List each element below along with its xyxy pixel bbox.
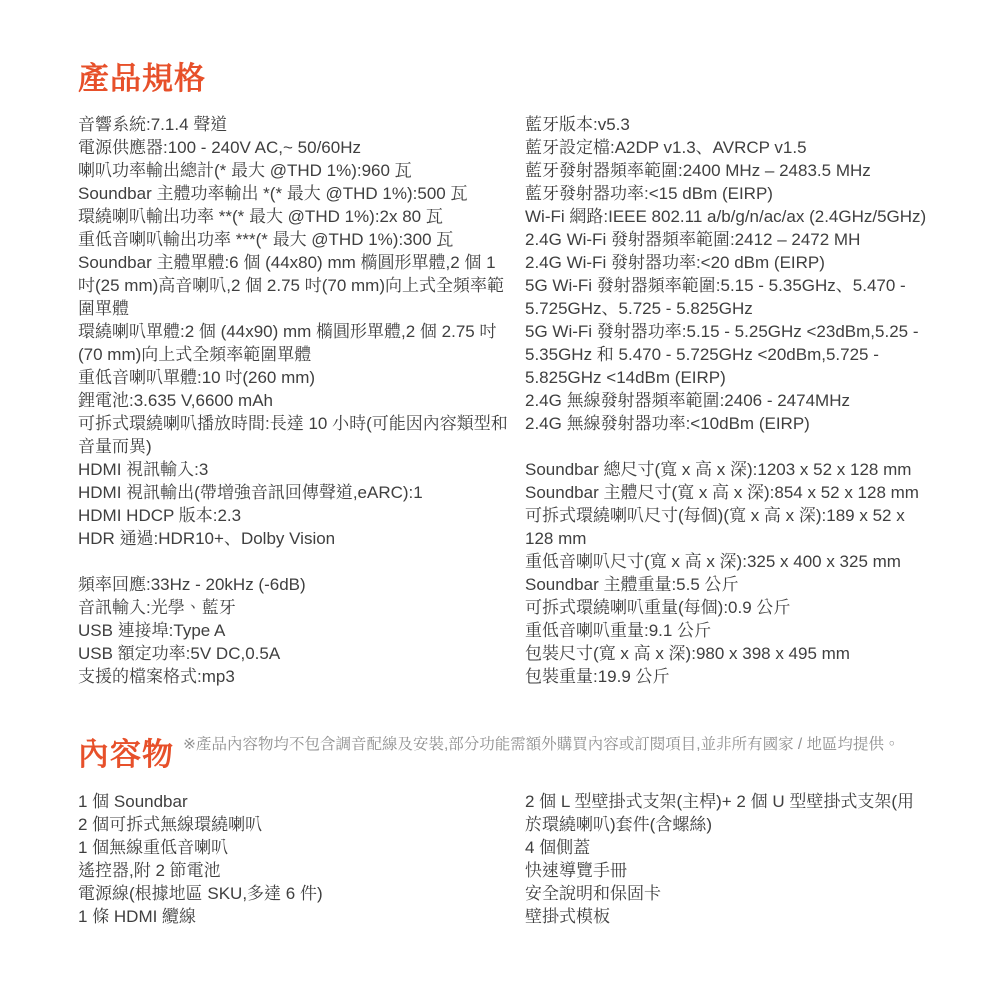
spec-line: 音響系統:7.1.4 聲道 [78,113,525,136]
spec-line: 重低音喇叭單體:10 吋(260 mm) [78,366,525,389]
spec-line: 2.4G 無線發射器功率:<10dBm (EIRP) [525,412,942,435]
spec-line: 2.4G 無線發射器頻率範圍:2406 - 2474MHz [525,389,942,412]
spec-line: 包裝重量:19.9 公斤 [525,665,942,688]
contents-section-title: 內容物 [78,736,174,774]
spec-group: 藍牙版本:v5.3藍牙設定檔:A2DP v1.3、AVRCP v1.5藍牙發射器… [525,113,942,435]
spec-line: HDMI 視訊輸出(帶增強音訊回傳聲道,eARC):1 [78,481,525,504]
spec-line: USB 連接埠:Type A [78,619,525,642]
package-contents-section: 內容物 ※產品內容物均不包含調音配線及安裝,部分功能需額外購買內容或訂閱項目,並… [78,719,942,928]
spec-line: 2 個可拆式無線環繞喇叭 [78,813,525,836]
spec-line: Soundbar 主體尺寸(寬 x 高 x 深):854 x 52 x 128 … [525,481,942,504]
spec-line: 1 個 Soundbar [78,790,525,813]
spec-line: 藍牙發射器功率:<15 dBm (EIRP) [525,182,942,205]
spec-line: HDMI 視訊輸入:3 [78,458,525,481]
spec-line: HDMI HDCP 版本:2.3 [78,504,525,527]
spec-line: Soundbar 主體功率輸出 *(* 最大 @THD 1%):500 瓦 [78,182,525,205]
spec-line: Soundbar 主體單體:6 個 (44x80) mm 橢圓形單體,2 個 1… [78,251,525,320]
spec-line: 喇叭功率輸出總計(* 最大 @THD 1%):960 瓦 [78,159,525,182]
spec-line: 1 條 HDMI 纜線 [78,905,525,928]
spec-line: USB 額定功率:5V DC,0.5A [78,642,525,665]
spec-line: 2.4G Wi-Fi 發射器頻率範圍:2412 – 2472 MH [525,228,942,251]
spec-line: 遙控器,附 2 節電池 [78,859,525,882]
spec-line: 鋰電池:3.635 V,6600 mAh [78,389,525,412]
spec-line: 4 個側蓋 [525,836,942,859]
specs-right-column: 藍牙版本:v5.3藍牙設定檔:A2DP v1.3、AVRCP v1.5藍牙發射器… [525,113,942,688]
product-spec-page: 產品規格 音響系統:7.1.4 聲道電源供應器:100 - 240V AC,~ … [0,0,1000,1000]
spec-line: 可拆式環繞喇叭尺寸(每個)(寬 x 高 x 深):189 x 52 x 128 … [525,504,942,550]
spec-group: 頻率回應:33Hz - 20kHz (-6dB)音訊輸入:光學、藍牙USB 連接… [78,573,525,688]
spec-line: 壁掛式模板 [525,905,942,928]
specs-columns: 音響系統:7.1.4 聲道電源供應器:100 - 240V AC,~ 50/60… [78,113,942,688]
specs-section-title: 產品規格 [78,60,942,98]
spec-line: 藍牙版本:v5.3 [525,113,942,136]
spec-line: 藍牙設定檔:A2DP v1.3、AVRCP v1.5 [525,136,942,159]
spec-line: 支援的檔案格式:mp3 [78,665,525,688]
spec-line: 5G Wi-Fi 發射器功率:5.15 - 5.25GHz <23dBm,5.2… [525,320,942,389]
contents-header: 內容物 ※產品內容物均不包含調音配線及安裝,部分功能需額外購買內容或訂閱項目,並… [78,719,942,774]
spec-line: 頻率回應:33Hz - 20kHz (-6dB) [78,573,525,596]
contents-columns: 1 個 Soundbar2 個可拆式無線環繞喇叭1 個無線重低音喇叭遙控器,附 … [78,790,942,928]
spec-line: 快速導覽手冊 [525,859,942,882]
spec-line: 重低音喇叭尺寸(寬 x 高 x 深):325 x 400 x 325 mm [525,550,942,573]
contents-right-column: 2 個 L 型壁掛式支架(主桿)+ 2 個 U 型壁掛式支架(用於環繞喇叭)套件… [525,790,942,928]
spec-line: Wi-Fi 網路:IEEE 802.11 a/b/g/n/ac/ax (2.4G… [525,205,942,228]
spec-line: 重低音喇叭重量:9.1 公斤 [525,619,942,642]
contents-left-column: 1 個 Soundbar2 個可拆式無線環繞喇叭1 個無線重低音喇叭遙控器,附 … [78,790,525,928]
specs-left-column: 音響系統:7.1.4 聲道電源供應器:100 - 240V AC,~ 50/60… [78,113,525,688]
spec-line: 音訊輸入:光學、藍牙 [78,596,525,619]
spec-line: 2 個 L 型壁掛式支架(主桿)+ 2 個 U 型壁掛式支架(用於環繞喇叭)套件… [525,790,942,836]
spec-group: 音響系統:7.1.4 聲道電源供應器:100 - 240V AC,~ 50/60… [78,113,525,550]
spec-line: 可拆式環繞喇叭播放時間:長達 10 小時(可能因內容類型和音量而異) [78,412,525,458]
spec-line: 2.4G Wi-Fi 發射器功率:<20 dBm (EIRP) [525,251,942,274]
spec-line: 重低音喇叭輸出功率 ***(* 最大 @THD 1%):300 瓦 [78,228,525,251]
spec-line: 包裝尺寸(寬 x 高 x 深):980 x 398 x 495 mm [525,642,942,665]
spec-line: 環繞喇叭輸出功率 **(* 最大 @THD 1%):2x 80 瓦 [78,205,525,228]
spec-line: 可拆式環繞喇叭重量(每個):0.9 公斤 [525,596,942,619]
spec-line: 藍牙發射器頻率範圍:2400 MHz – 2483.5 MHz [525,159,942,182]
spec-line: Soundbar 主體重量:5.5 公斤 [525,573,942,596]
spec-line: 安全說明和保固卡 [525,882,942,905]
spec-line: Soundbar 總尺寸(寬 x 高 x 深):1203 x 52 x 128 … [525,458,942,481]
contents-disclaimer-note: ※產品內容物均不包含調音配線及安裝,部分功能需額外購買內容或訂閱項目,並非所有國… [183,735,942,759]
spec-line: 環繞喇叭單體:2 個 (44x90) mm 橢圓形單體,2 個 2.75 吋(7… [78,320,525,366]
spec-line: 電源線(根據地區 SKU,多達 6 件) [78,882,525,905]
product-specs-section: 產品規格 音響系統:7.1.4 聲道電源供應器:100 - 240V AC,~ … [78,60,942,688]
spec-line: 電源供應器:100 - 240V AC,~ 50/60Hz [78,136,525,159]
spec-line: HDR 通過:HDR10+、Dolby Vision [78,527,525,550]
spec-group: Soundbar 總尺寸(寬 x 高 x 深):1203 x 52 x 128 … [525,458,942,688]
spec-line: 1 個無線重低音喇叭 [78,836,525,859]
spec-line: 5G Wi-Fi 發射器頻率範圍:5.15 - 5.35GHz、5.470 - … [525,274,942,320]
